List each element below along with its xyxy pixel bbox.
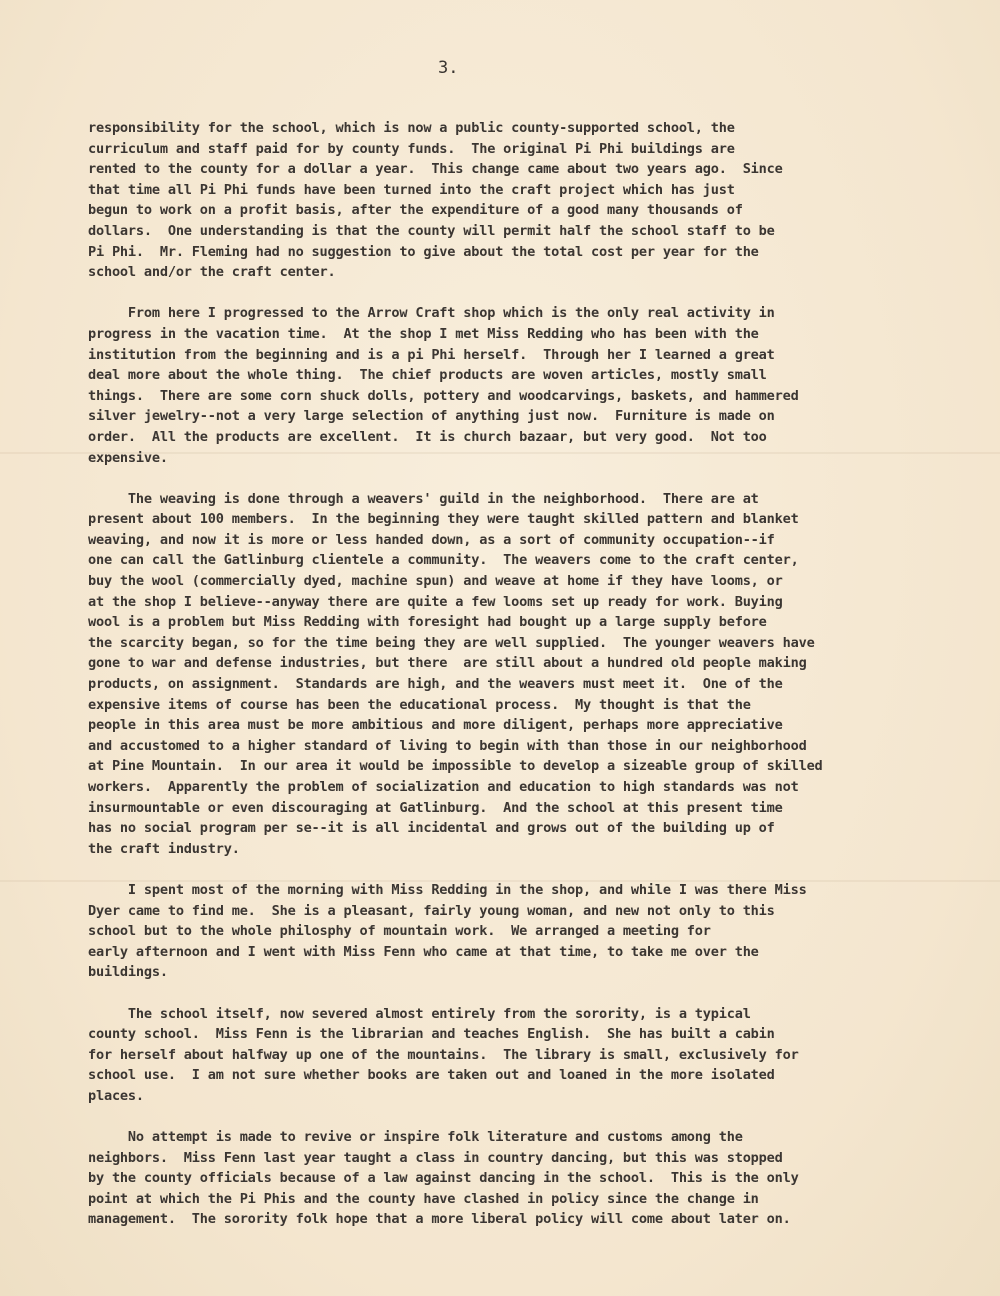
text-line: Pi Phi. Mr. Fleming had no suggestion to…: [88, 242, 988, 263]
paragraph-3: The weaving is done through a weavers' g…: [88, 489, 988, 860]
text-line: people in this area must be more ambitio…: [88, 715, 988, 736]
text-line: buy the wool (commercially dyed, machine…: [88, 571, 988, 592]
text-line: weaving, and now it is more or less hand…: [88, 530, 988, 551]
text-line: present about 100 members. In the beginn…: [88, 509, 988, 530]
text-line: workers. Apparently the problem of socia…: [88, 777, 988, 798]
document-body: responsibility for the school, which is …: [88, 118, 988, 1251]
text-line: has no social program per se--it is all …: [88, 818, 988, 839]
text-line: that time all Pi Phi funds have been tur…: [88, 180, 988, 201]
text-line: places.: [88, 1086, 988, 1107]
paragraph-4: I spent most of the morning with Miss Re…: [88, 880, 988, 983]
text-line: responsibility for the school, which is …: [88, 118, 988, 139]
text-line: silver jewelry--not a very large selecti…: [88, 406, 988, 427]
text-line: insurmountable or even discouraging at G…: [88, 798, 988, 819]
text-line: by the county officials because of a law…: [88, 1168, 988, 1189]
text-line: expensive.: [88, 448, 988, 469]
text-line: management. The sorority folk hope that …: [88, 1209, 988, 1230]
text-line: curriculum and staff paid for by county …: [88, 139, 988, 160]
text-line: county school. Miss Fenn is the libraria…: [88, 1024, 988, 1045]
text-line: order. All the products are excellent. I…: [88, 427, 988, 448]
paragraph-6: No attempt is made to revive or inspire …: [88, 1127, 988, 1230]
text-line: the scarcity began, so for the time bein…: [88, 633, 988, 654]
text-line: progress in the vacation time. At the sh…: [88, 324, 988, 345]
text-line: one can call the Gatlinburg clientele a …: [88, 550, 988, 571]
text-line: From here I progressed to the Arrow Craf…: [88, 303, 988, 324]
text-line: expensive items of course has been the e…: [88, 695, 988, 716]
text-line: rented to the county for a dollar a year…: [88, 159, 988, 180]
text-line: school use. I am not sure whether books …: [88, 1065, 988, 1086]
text-line: Dyer came to find me. She is a pleasant,…: [88, 901, 988, 922]
text-line: institution from the beginning and is a …: [88, 345, 988, 366]
text-line: at Pine Mountain. In our area it would b…: [88, 756, 988, 777]
paragraph-1: responsibility for the school, which is …: [88, 118, 988, 283]
text-line: for herself about halfway up one of the …: [88, 1045, 988, 1066]
text-line: point at which the Pi Phis and the count…: [88, 1189, 988, 1210]
text-line: begun to work on a profit basis, after t…: [88, 200, 988, 221]
text-line: neighbors. Miss Fenn last year taught a …: [88, 1148, 988, 1169]
text-line: and accustomed to a higher standard of l…: [88, 736, 988, 757]
text-line: gone to war and defense industries, but …: [88, 653, 988, 674]
text-line: at the shop I believe--anyway there are …: [88, 592, 988, 613]
text-line: wool is a problem but Miss Redding with …: [88, 612, 988, 633]
text-line: the craft industry.: [88, 839, 988, 860]
text-line: deal more about the whole thing. The chi…: [88, 365, 988, 386]
text-line: early afternoon and I went with Miss Fen…: [88, 942, 988, 963]
text-line: products, on assignment. Standards are h…: [88, 674, 988, 695]
text-line: school but to the whole philosphy of mou…: [88, 921, 988, 942]
text-line: The weaving is done through a weavers' g…: [88, 489, 988, 510]
paragraph-5: The school itself, now severed almost en…: [88, 1004, 988, 1107]
text-line: No attempt is made to revive or inspire …: [88, 1127, 988, 1148]
text-line: dollars. One understanding is that the c…: [88, 221, 988, 242]
page-number: 3.: [438, 58, 458, 78]
text-line: school and/or the craft center.: [88, 262, 988, 283]
typewritten-page: 3. responsibility for the school, which …: [0, 0, 1000, 1296]
text-line: buildings.: [88, 962, 988, 983]
text-line: things. There are some corn shuck dolls,…: [88, 386, 988, 407]
text-line: The school itself, now severed almost en…: [88, 1004, 988, 1025]
paragraph-2: From here I progressed to the Arrow Craf…: [88, 303, 988, 468]
text-line: I spent most of the morning with Miss Re…: [88, 880, 988, 901]
